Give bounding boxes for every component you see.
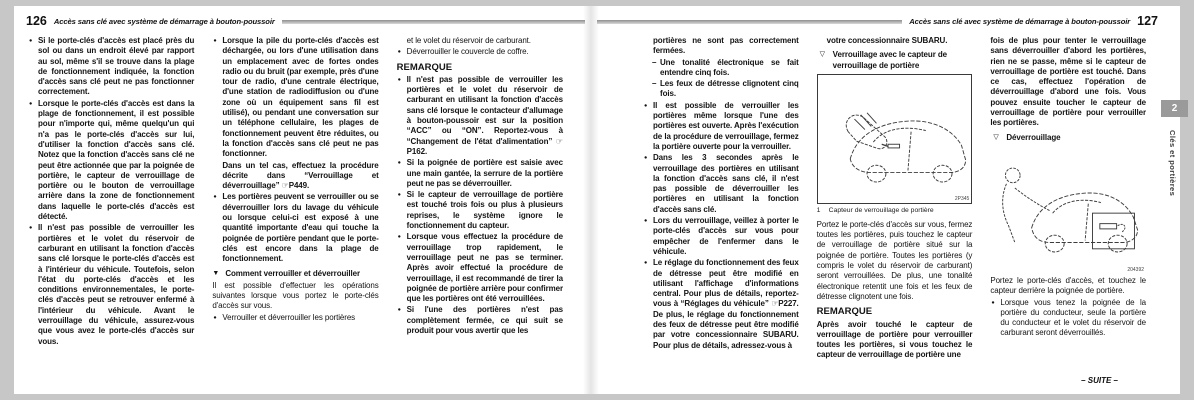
bullet-icon: ● (213, 36, 216, 46)
paragraph: ●Lorsque la pile du porte-clés d'accès e… (212, 36, 378, 160)
paragraph: ●Lors du verrouillage, veillez à porter … (643, 216, 799, 257)
paragraph: ●Si le porte-clés d'accès est placé près… (28, 36, 194, 98)
text: Il est possible d'effectuer les opératio… (212, 281, 378, 311)
text: fois de plus pour tenter le verrouillage… (990, 36, 1146, 127)
text: Verrouiller et déverrouiller les portièr… (222, 313, 355, 322)
triangle-outline-icon: ▽ (820, 50, 825, 60)
paragraph: ●Dans les 3 secondes après le verrouilla… (643, 153, 799, 215)
paragraph: ●Il n'est pas possible de verrouiller le… (397, 75, 563, 157)
paragraph: ●Verrouiller et déverrouiller les portiè… (212, 313, 378, 323)
text-column-2: ●Lorsque la pile du porte-clés d'accès e… (212, 36, 378, 348)
bullet-icon: ● (29, 36, 32, 46)
bullet-icon: ● (991, 298, 994, 308)
chapter-title-right: Accès sans clé avec système de démarrage… (909, 17, 1130, 26)
text: REMARQUE (817, 306, 872, 317)
header-rule-left (282, 20, 585, 24)
text: Si l'une des portières n'est pas complèt… (407, 305, 563, 335)
paragraph: Après avoir touché le capteur de verroui… (817, 320, 973, 361)
section-heading: ▽Verrouillage avec le capteur de verroui… (820, 50, 973, 71)
page-number-left: 126 (26, 15, 47, 27)
page-126-columns: ●Si le porte-clés d'accès est placé près… (14, 27, 591, 348)
bullet-icon: ● (398, 75, 401, 85)
paragraph: Portez le porte-clés d'accès sur vous, f… (817, 220, 973, 302)
door-lock-sensor-illustration (818, 75, 972, 203)
bullet-icon: ● (644, 216, 647, 226)
paragraph: Il est possible d'effectuer les opératio… (212, 281, 378, 312)
text: Comment verrouiller et déverrouiller (225, 269, 360, 278)
paragraph: ●Lorsque vous tenez la poignée de la por… (990, 298, 1146, 339)
paragraph: ●Lorsque le porte-clés d'accès est dans … (28, 99, 194, 223)
paragraph: portières ne sont pas correctement fermé… (643, 36, 799, 57)
text-column-6: fois de plus pour tenter le verrouillage… (990, 36, 1146, 362)
note-heading: REMARQUE (397, 63, 563, 73)
text: Portez le porte-clés d'accès, et touchez… (990, 276, 1146, 295)
paragraph: Portez le porte-clés d'accès, et touchez… (990, 276, 1146, 297)
text: REMARQUE (397, 62, 452, 73)
bullet-icon: ● (213, 192, 216, 202)
text: Si le porte-clés d'accès est placé près … (38, 36, 194, 96)
text: Les portières peuvent se verrouiller ou … (222, 192, 378, 263)
text: portières ne sont pas correctement fermé… (653, 36, 799, 55)
paragraph: ●Il est possible de verrouiller les port… (643, 101, 799, 152)
continuation-footer: – SUITE – (1081, 376, 1118, 385)
triangle-filled-icon: ▼ (212, 269, 219, 279)
paragraph: et le volet du réservoir de carburant. (397, 36, 563, 46)
dash-icon: – (652, 79, 656, 89)
text: Portez le porte-clés d'accès sur vous, f… (817, 220, 973, 301)
chapter-number-badge: 2 (1161, 100, 1188, 117)
page-126-header: 126 Accès sans clé avec système de démar… (14, 6, 591, 27)
paragraph: fois de plus pour tenter le verrouillage… (990, 36, 1146, 129)
bullet-icon: ● (398, 232, 401, 242)
paragraph: ●Si le capteur de verrouillage de portiè… (397, 190, 563, 231)
paragraph: ●Déverrouiller le couvercle de coffre. (397, 47, 563, 57)
text: Après avoir touché le capteur de verroui… (817, 320, 973, 360)
section-heading: ▼Comment verrouiller et déverrouiller (212, 269, 378, 279)
triangle-outline-icon: ▽ (993, 133, 998, 143)
page-127-header: Accès sans clé avec système de démarrage… (591, 6, 1180, 27)
bullet-icon: ● (398, 47, 401, 57)
page-127: Accès sans clé avec système de démarrage… (591, 6, 1180, 394)
text-column-3: et le volet du réservoir de carburant.●D… (397, 36, 563, 348)
text: Lorsque vous tenez la poignée de la port… (1000, 298, 1146, 338)
text: Dans les 3 secondes après le verrouillag… (653, 153, 799, 213)
text-column-5: votre concessionnaire SUBARU.▽Verrouilla… (817, 36, 973, 362)
paragraph: ●Si l'une des portières n'est pas complè… (397, 305, 563, 336)
paragraph: –Une tonalité électronique se fait enten… (643, 58, 799, 79)
paragraph: ●Le réglage du fonctionnement des feux d… (643, 258, 799, 351)
text: Une tonalité électronique se fait entend… (660, 58, 799, 77)
bullet-icon: ● (29, 223, 32, 233)
bullet-icon: ● (644, 153, 647, 163)
paragraph: ●Si la poignée de portière est saisie av… (397, 158, 563, 189)
figure-code: 2P345 (955, 196, 969, 202)
door-unlock-illustration (990, 146, 1146, 274)
bullet-icon: ● (213, 313, 216, 323)
text: Verrouillage avec le capteur de verrouil… (833, 50, 947, 69)
text: Le réglage du fonctionnement des feux de… (653, 258, 799, 349)
text: Dans un tel cas, effectuez la procédure … (222, 161, 378, 191)
text: Il n'est pas possible de verrouiller les… (407, 75, 563, 156)
caption-number: 1 (817, 206, 829, 215)
bullet-icon: ● (398, 305, 401, 315)
bullet-icon: ● (398, 158, 401, 168)
bullet-icon: ● (644, 258, 647, 268)
bullet-icon: ● (644, 101, 647, 111)
text: Il est possible de verrouiller les porti… (653, 101, 799, 151)
header-rule-right (597, 20, 902, 24)
chapter-title-left: Accès sans clé avec système de démarrage… (54, 17, 275, 26)
text-column-4: portières ne sont pas correctement fermé… (643, 36, 799, 362)
text: Lors du verrouillage, veillez à porter l… (653, 216, 799, 256)
chapter-tab-label: Clés et portières (1168, 123, 1177, 203)
text: Les feux de détresse clignotent cinq foi… (660, 79, 799, 98)
text: Déverrouiller le couvercle de coffre. (407, 47, 529, 56)
manual-spread: { "header_left": {"page_number": "126", … (0, 0, 1194, 400)
paragraph: ●Il n'est pas possible de verrouiller le… (28, 223, 194, 347)
text: Lorsque la pile du porte-clés d'accès es… (222, 36, 378, 158)
paragraph: ●Lorsque vous effectuez la procédure de … (397, 232, 563, 304)
text: Déverrouillage (1006, 133, 1060, 142)
figure-code: 204392 (1127, 267, 1144, 273)
section-heading: ▽Déverrouillage (993, 133, 1146, 143)
bullet-icon: ● (29, 99, 32, 109)
text-column-1: ●Si le porte-clés d'accès est placé près… (28, 36, 194, 348)
figure-illustration: 204392 (990, 146, 1146, 274)
paragraph: –Les feux de détresse clignotent cinq fo… (643, 79, 799, 100)
text: Lorsque vous effectuez la procédure de v… (407, 232, 563, 303)
bullet-icon: ● (398, 190, 401, 200)
page-gutter-shadow (583, 6, 599, 394)
text: Si le capteur de verrouillage de portièr… (407, 190, 563, 230)
text: Si la poignée de portière est saisie ave… (407, 158, 563, 188)
page-number-right: 127 (1137, 15, 1158, 27)
figure-caption: 1Capteur de verrouillage de portière (817, 206, 973, 215)
paragraph: Dans un tel cas, effectuez la procédure … (212, 161, 378, 192)
text: Lorsque le porte-clés d'accès est dans l… (38, 99, 194, 221)
paragraph: ●Les portières peuvent se verrouiller ou… (212, 192, 378, 264)
paragraph: votre concessionnaire SUBARU. (817, 36, 973, 46)
figure-illustration: 2P345 (817, 74, 973, 204)
caption-text: Capteur de verrouillage de portière (829, 207, 934, 214)
note-heading: REMARQUE (817, 307, 973, 317)
dash-icon: – (652, 58, 656, 68)
text: votre concessionnaire SUBARU. (827, 36, 948, 45)
page-127-columns: portières ne sont pas correctement fermé… (591, 27, 1180, 362)
text: et le volet du réservoir de carburant. (407, 36, 531, 45)
text: Il n'est pas possible de verrouiller les… (38, 223, 194, 345)
chapter-tab: 2 Clés et portières (1160, 100, 1190, 203)
page-126: 126 Accès sans clé avec système de démar… (14, 6, 591, 394)
